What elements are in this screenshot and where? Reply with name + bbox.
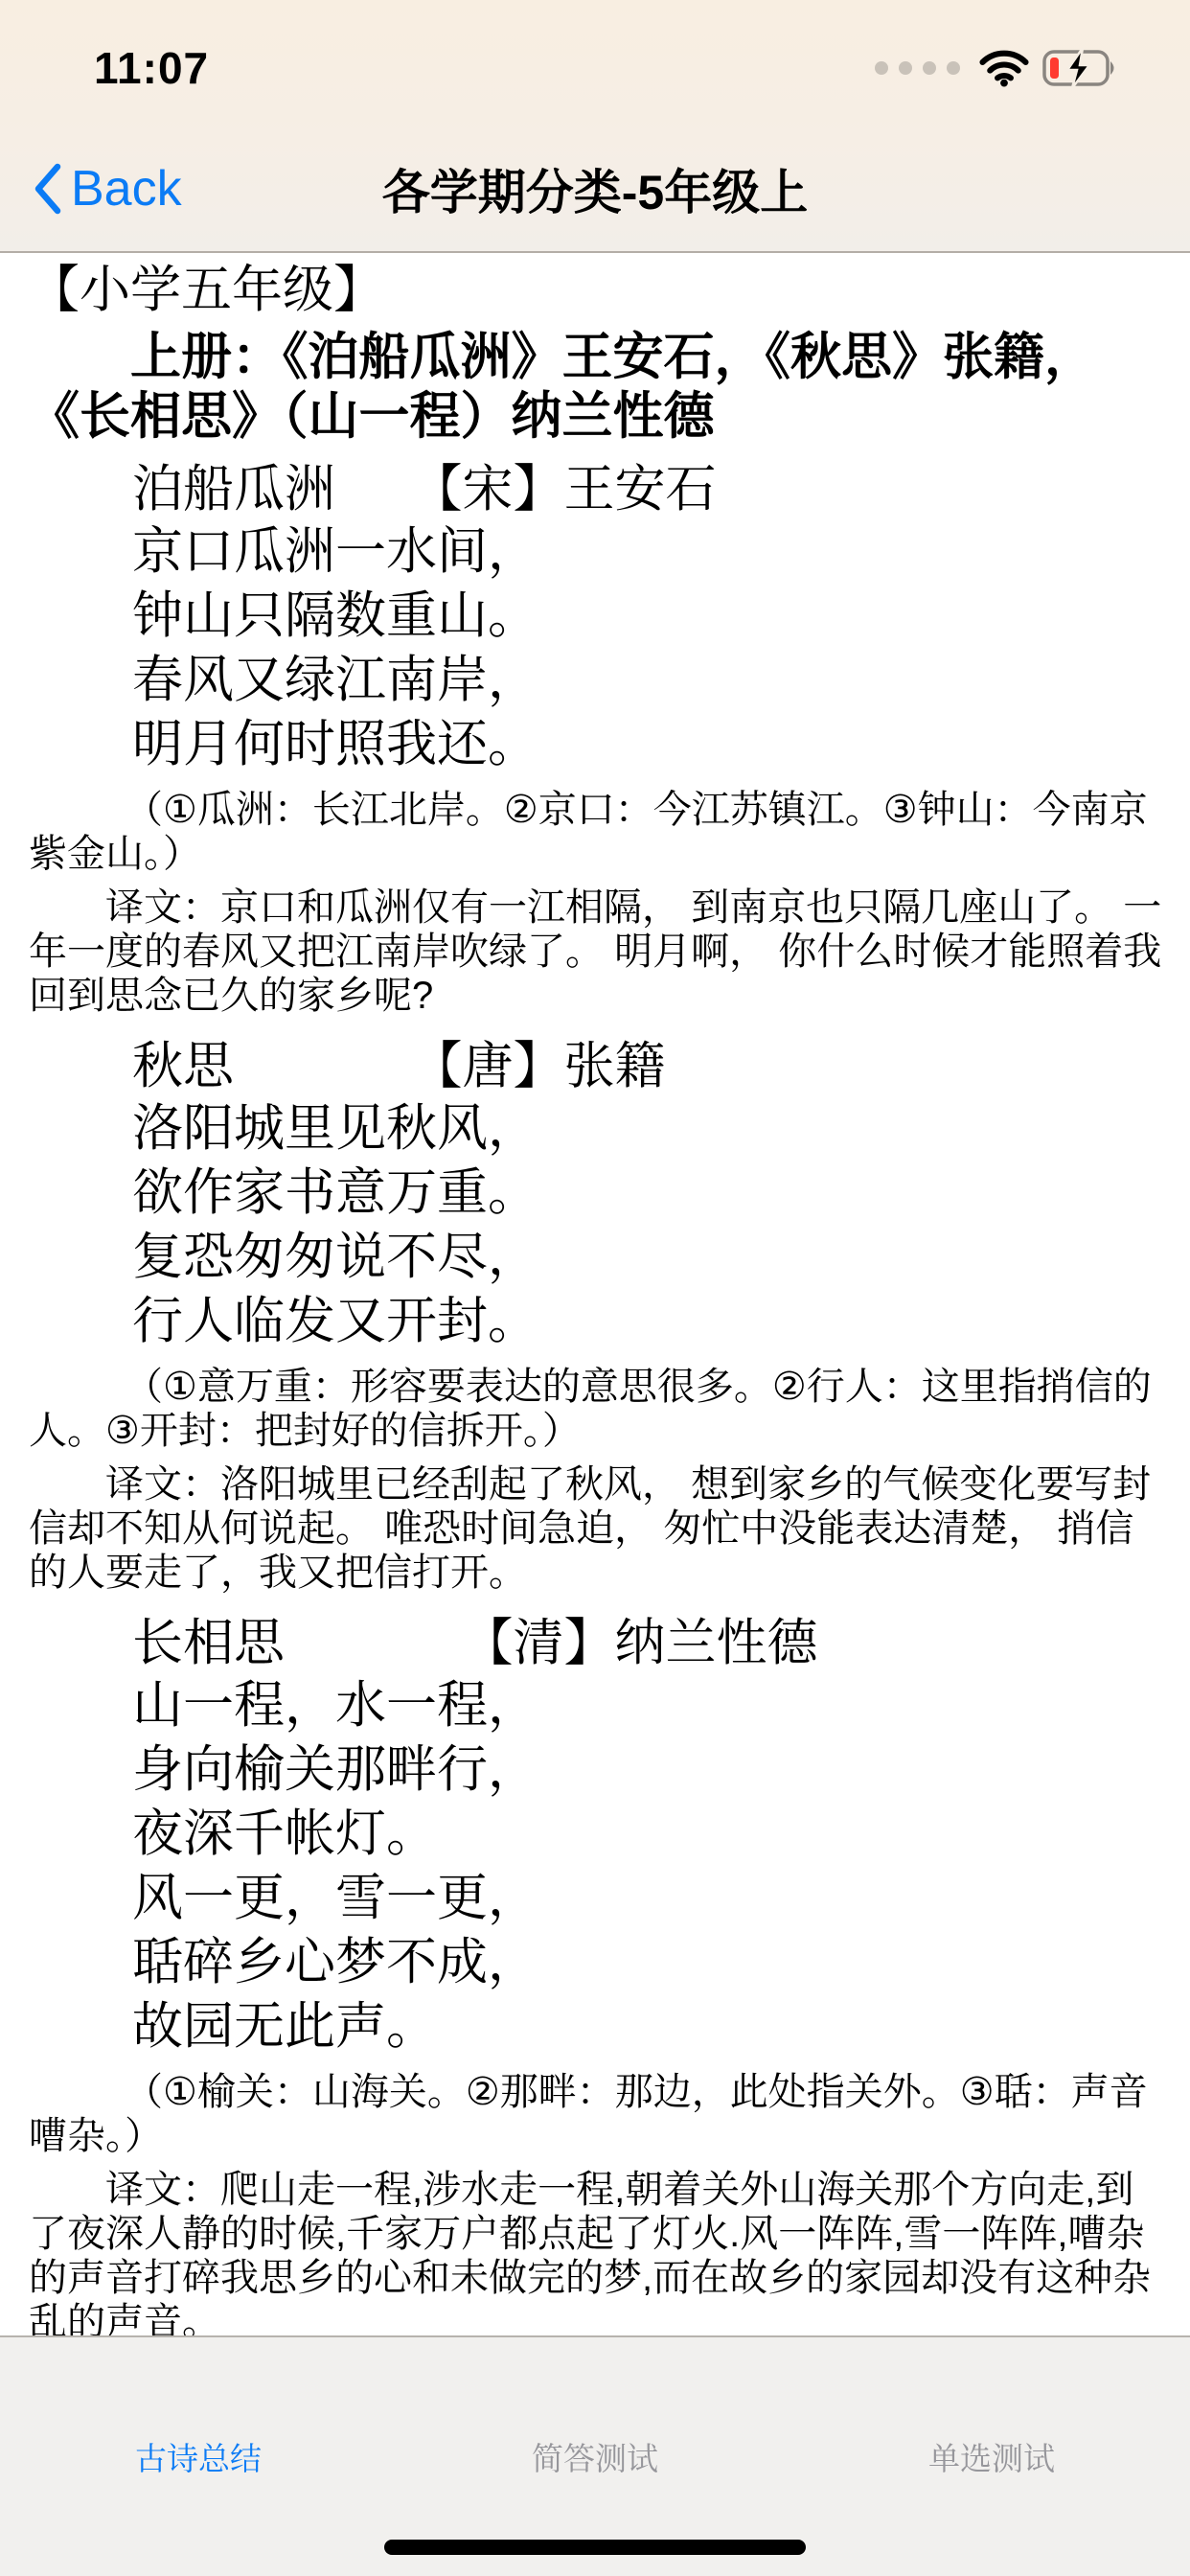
poem-annotations: （①瓜洲：长江北岸。②京口：今江苏镇江。③钟山：今南京紫金山。） bbox=[29, 788, 1163, 876]
home-indicator[interactable] bbox=[384, 2540, 806, 2555]
volume-header: 上册：《泊船瓜洲》王安石，《秋思》张籍，《长相思》（山一程）纳兰性德 bbox=[29, 328, 1163, 447]
poem-verse: 身向榆关那畔行， bbox=[132, 1737, 1163, 1802]
poem-verse: 风一更，雪一更， bbox=[132, 1866, 1163, 1930]
poem-section: 泊船瓜洲 【宋】王安石 京口瓜洲一水间， 钟山只隔数重山。 春风又绿江南岸， 明… bbox=[29, 460, 1163, 1018]
grade-header: 【小学五年级】 bbox=[29, 261, 1163, 320]
poem-author: 【宋】王安石 bbox=[437, 461, 717, 517]
battery-charging-low-icon bbox=[1042, 48, 1123, 88]
wifi-icon bbox=[979, 49, 1029, 87]
bottom-tab-bar: 古诗总结 简答测试 单选测试 bbox=[0, 2335, 1190, 2576]
poem-verse: 钟山只隔数重山。 bbox=[132, 584, 1163, 648]
poem-verse: 故园无此声。 bbox=[132, 1994, 1163, 2058]
poem-verse: 夜深千帐灯。 bbox=[132, 1802, 1163, 1866]
poem-title-gap bbox=[285, 1615, 488, 1671]
poem-section: 长相思 【清】纳兰性德 山一程，水一程， 身向榆关那畔行， 夜深千帐灯。 风一更… bbox=[29, 1614, 1163, 2335]
poem-verse: 明月何时照我还。 bbox=[132, 712, 1163, 776]
poem-content-scroll-area[interactable]: 【小学五年级】 上册：《泊船瓜洲》王安石，《秋思》张籍，《长相思》（山一程）纳兰… bbox=[0, 255, 1190, 2335]
poem-translation: 译文：京口和瓜洲仅有一江相隔， 到南京也只隔几座山了。 一年一度的春风又把江南岸… bbox=[29, 885, 1163, 1018]
navigation-bar: Back 各学期分类-5年级上 bbox=[0, 126, 1190, 251]
poem-title-line: 泊船瓜洲 【宋】王安石 bbox=[132, 460, 1163, 519]
cellular-dots-icon bbox=[875, 61, 960, 75]
poem-title-gap bbox=[335, 461, 437, 517]
app-screen: 11:07 bbox=[0, 0, 1190, 2576]
poem-title: 长相思 bbox=[132, 1615, 285, 1671]
poem-title: 泊船瓜洲 bbox=[132, 461, 335, 517]
poem-verse: 山一程，水一程， bbox=[132, 1673, 1163, 1737]
poem-verse: 京口瓜洲一水间， bbox=[132, 519, 1163, 584]
poem-title-line: 秋思 【唐】张籍 bbox=[132, 1037, 1163, 1096]
tab-multiple-choice-quiz[interactable]: 单选测试 bbox=[793, 2434, 1190, 2479]
poem-title-gap bbox=[234, 1038, 437, 1094]
poem-title: 秋思 bbox=[132, 1038, 234, 1094]
poem-translation: 译文：洛阳城里已经刮起了秋风， 想到家乡的气候变化要写封信却不知从何说起。 唯恐… bbox=[29, 1462, 1163, 1595]
poem-section: 秋思 【唐】张籍 洛阳城里见秋风， 欲作家书意万重。 复恐匆匆说不尽， 行人临发… bbox=[29, 1037, 1163, 1595]
poem-verse: 洛阳城里见秋风， bbox=[132, 1096, 1163, 1161]
poem-verse: 欲作家书意万重。 bbox=[132, 1161, 1163, 1225]
status-bar: 11:07 bbox=[0, 0, 1190, 126]
poem-author: 【清】纳兰性德 bbox=[488, 1615, 818, 1671]
poem-verse: 春风又绿江南岸， bbox=[132, 648, 1163, 712]
poem-verse: 行人临发又开封。 bbox=[132, 1289, 1163, 1353]
status-icons bbox=[875, 48, 1123, 88]
poem-translation: 译文：爬山走一程,涉水走一程,朝着关外山海关那个方向走,到了夜深人静的时候,千家… bbox=[29, 2168, 1163, 2335]
poem-annotations: （①榆关：山海关。②那畔：那边，此处指关外。③聒：声音嘈杂。） bbox=[29, 2070, 1163, 2158]
clock-time: 11:07 bbox=[94, 42, 209, 94]
poem-annotations: （①意万重：形容要表达的意思很多。②行人：这里指捎信的人。③开封：把封好的信拆开… bbox=[29, 1365, 1163, 1453]
chevron-left-icon bbox=[33, 163, 61, 215]
back-button-label: Back bbox=[71, 160, 182, 218]
poem-verse: 复恐匆匆说不尽， bbox=[132, 1225, 1163, 1289]
tab-short-answer-quiz[interactable]: 简答测试 bbox=[397, 2434, 793, 2479]
poem-verse: 聒碎乡心梦不成， bbox=[132, 1930, 1163, 1994]
tab-poem-summary[interactable]: 古诗总结 bbox=[0, 2434, 397, 2479]
back-button[interactable]: Back bbox=[33, 160, 182, 218]
poem-title-line: 长相思 【清】纳兰性德 bbox=[132, 1614, 1163, 1673]
poem-author: 【唐】张籍 bbox=[437, 1038, 666, 1094]
top-bar: 11:07 bbox=[0, 0, 1190, 253]
